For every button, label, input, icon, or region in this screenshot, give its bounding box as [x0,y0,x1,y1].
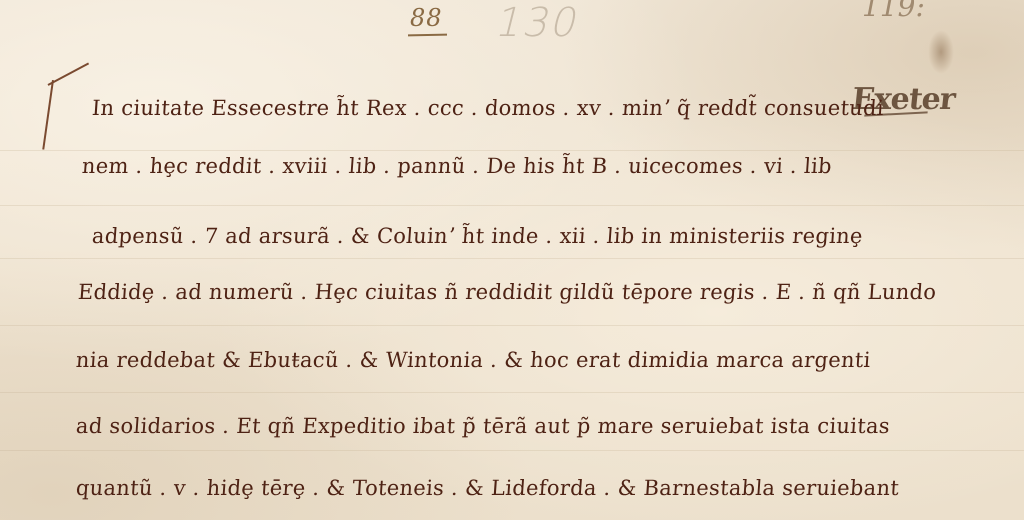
manuscript-line-1: In ciuitate Essecestre h̃t Rex . ccc . d… [91,96,885,120]
ruling-line [0,258,1024,259]
manuscript-line-4: Eddidȩ . ad numerũ . Hȩc ciuitas ñ red… [77,280,937,304]
folio-number: 88 [410,4,443,32]
manuscript-line-7: quantũ . v . hidȩ tērȩ . & Toteneis . &… [75,476,900,500]
pencil-folio-number: 130 [491,0,585,46]
initial-letter-stroke [48,63,90,86]
initial-letter-stem [42,80,54,150]
manuscript-line-3: adpensũ . 7 ad arsurã . & Coluinʼ h̃t … [91,224,863,248]
ruling-line [0,392,1024,393]
ruling-line [0,450,1024,451]
manuscript-line-6: ad solidarios . Et qñ Expeditio ibat p̃… [75,414,891,438]
ruling-line [0,325,1024,326]
corner-folio-number: 119: [862,0,925,23]
manuscript-line-2: nem . hȩc reddit . xviii . lib . pannũ … [81,154,833,178]
manuscript-page: 88 130 119: Exeter In ciuitate Essecestr… [0,0,1024,520]
manuscript-line-5: nia reddebat & Ebuŧacũ . & Wintonia . &… [75,348,871,372]
ruling-line [0,205,1024,206]
ink-smudge [928,30,954,74]
ruling-line [0,150,1024,151]
